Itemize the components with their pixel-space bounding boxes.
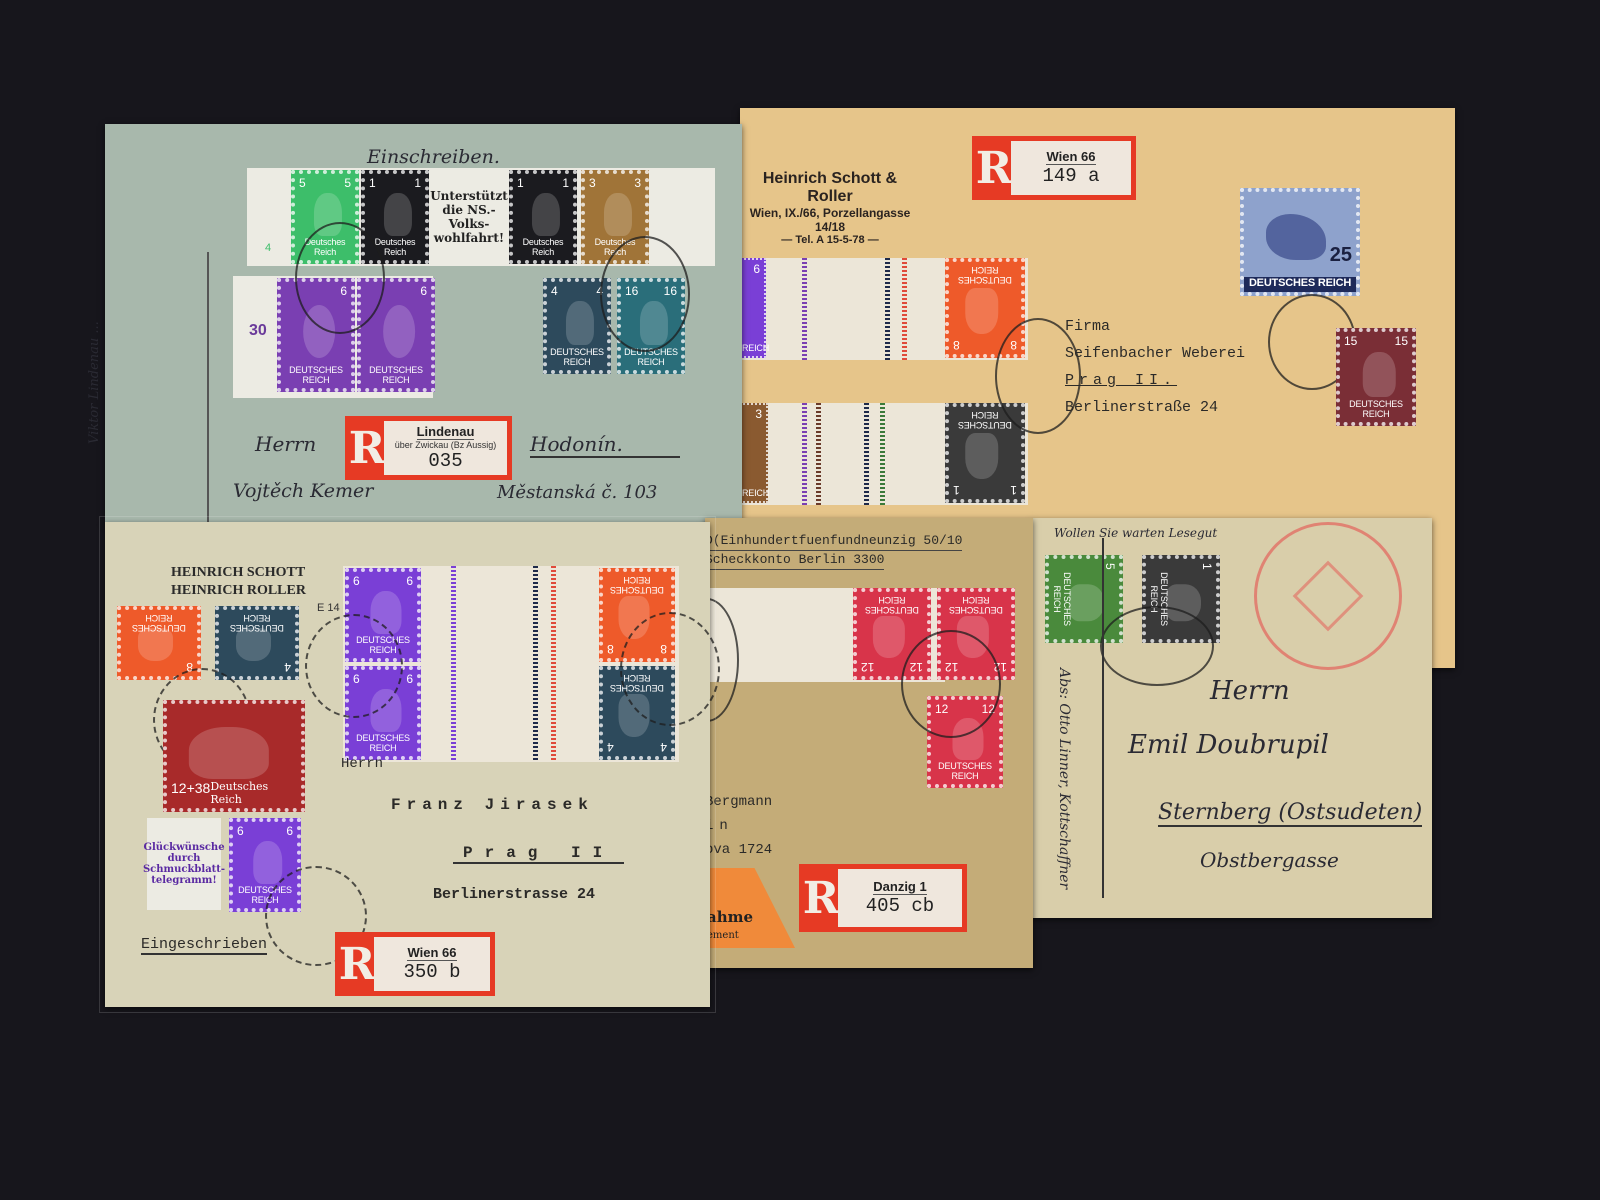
registered-r-icon: R [804,869,838,927]
cover-5-address-city: Sternberg (Ostsudeten) [1158,800,1422,827]
stamp-3-brown: 3REICH [740,403,768,503]
postmark-lindenau [600,236,690,352]
margin-mark: 4 [265,242,271,254]
gutter-stripe [451,566,456,762]
cover-3-address-salutation: Herrn [341,756,383,772]
cover-4-cod-label: ahme ement [705,868,795,948]
cover-1-address-city: Hodonín. [530,432,680,458]
cover-1-envelope: Einschreiben. 55Deutsches Reich 11Deutsc… [105,124,742,524]
gutter-stripe [880,403,885,505]
cover-5-address-street: Obstbergasse [1200,848,1339,872]
gutter-stripe [902,258,907,360]
cover-5-address-salutation: Herrn [1210,676,1290,706]
cover-3-registration-label: R Wien 66 350 b [335,932,495,996]
gutter-stripe [533,566,538,762]
stamp-1-black: 11Deutsches Reich [509,170,577,264]
registered-r-icon: R [340,937,374,991]
stamp-6-violet: 6REICH [740,258,766,358]
cover-2-address: Firma Seifenbacher Weberei Prag II. Berl… [1065,313,1245,421]
cover-1-sender-vertical: Viktor Lindenau ... [87,321,102,444]
cover-3-tab-telegram: Glückwünsche durch Schmuckblatt-telegram… [147,818,221,910]
stamp-4-slate-sideways: 4DEUTSCHES REICH [215,606,299,680]
cover-4-registration-label: R Danzig 1 405 cb [799,864,967,932]
gutter-stripe [551,566,556,762]
postmark-lindenau [295,222,385,334]
cover-5-top-note: Wollen Sie warten Lesegut [1054,526,1217,540]
postmark [1100,606,1214,686]
cover-3-address-name: Franz Jirasek [391,796,594,814]
margin-number: 30 [249,322,267,340]
cover-1-registration-label: R Lindenau über Zwickau (Bz Aussig) 035 [345,416,512,480]
red-cachet-troppau [1254,522,1402,670]
cover-1-tab-nsv: Unterstützt die NS.-Volks-wohlfahrt! [433,172,505,262]
cover-4-header: D(Einhundertfuenfundneunzig 50/10 Scheck… [705,532,962,570]
cover-3-note-eingeschrieben: Eingeschrieben [141,936,267,955]
cover-3-address-city: Prag II [453,844,624,864]
registered-r-icon: R [977,141,1011,195]
cover-3-envelope: HEINRICH SCHOTT HEINRICH ROLLER E 14 8DE… [105,522,710,1007]
postmark-danzig [901,630,1001,738]
cover-1-address-name: Vojtěch Kemer [233,480,373,502]
gutter-stripe [864,403,869,505]
cover-5-address-name: Emil Doubrupil [1128,730,1329,760]
gutter-stripe [816,403,821,505]
cover-1-address-street: Městanská č. 103 [497,482,657,503]
cover-2-gutter-strip-lower: 3REICH 11DEUTSCHES REICH [740,403,1028,505]
cover-3-address-street: Berlinerstrasse 24 [433,886,595,903]
horse-and-jockey-icon [1266,214,1326,260]
cover-4-envelope: D(Einhundertfuenfundneunzig 50/10 Scheck… [705,518,1033,968]
stamp-12-38-zwei-voelker: 12+38Deutsches Reich [163,700,305,812]
gutter-stripe [885,258,890,360]
gutter-stripe [802,403,807,505]
cover-1-address-salutation: Herrn [255,432,316,456]
cover-3-sender-header: HEINRICH SCHOTT HEINRICH ROLLER [171,564,306,600]
cover-2-sender-header: Heinrich Schott & Roller Wien, IX./66, P… [740,170,920,246]
swastika-icon [1293,561,1364,632]
stamp-15-maroon: 1515DEUTSCHES REICH [1336,328,1416,426]
cover-5-card: Wollen Sie warten Lesegut 5DEUTSCHES REI… [1032,518,1432,918]
postmark-wien-66 [305,614,403,718]
registered-r-icon: R [350,421,384,475]
divider-line [207,252,209,522]
cover-3-code: E 14 [317,602,340,614]
cover-1-note-einschreiben: Einschreiben. [367,146,500,168]
divider-line [1102,538,1104,898]
cover-5-sender-vertical: Abs: Otto Linner, Kottschaffner [1056,668,1072,889]
cover-2-gutter-strip-upper: 6REICH 88DEUTSCHES REICH [740,258,1028,360]
stamp-25-horse-race: 25 DEUTSCHES REICH [1240,188,1360,296]
postmark-wien-66 [620,612,720,726]
gutter-stripe [802,258,807,360]
cover-2-registration-label: R Wien 66 149 a [972,136,1136,200]
cover-4-address-fragments: Bergmann in ova 1724 [705,790,772,862]
